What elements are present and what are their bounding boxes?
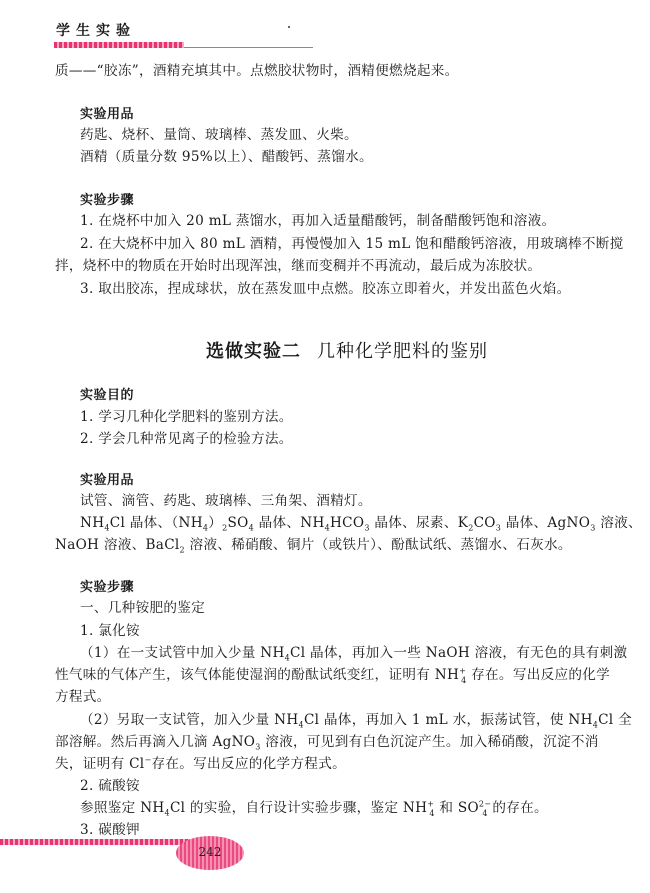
item-heading: 1. 氯化铵 [80, 622, 140, 640]
text: HCO [330, 515, 364, 531]
step-line: 3. 取出胶冻，捏成球状，放在蒸发皿中点燃。胶冻立即着火，并发出蓝色火焰。 [80, 280, 571, 298]
text: CO [474, 515, 496, 531]
superscript: + [459, 666, 466, 675]
text: ） [208, 515, 222, 531]
page-number: 242 [176, 836, 244, 870]
steps-heading-prev: 实验步骤 [80, 192, 134, 210]
materials-line: 酒精（质量分数 95%以上）、醋酸钙、蒸馏水。 [80, 148, 373, 166]
purpose-line: 2. 学会几种常见离子的检验方法。 [80, 430, 293, 448]
steps-heading: 实验步骤 [80, 579, 134, 597]
text: 的存在。 [488, 800, 548, 816]
text: NH [80, 515, 104, 531]
materials-line: 试管、滴管、药匙、玻璃棒、三角架、酒精灯。 [80, 492, 372, 510]
materials-line-chemicals-cont: NaOH 溶液、BaCl2 溶液、稀硝酸、铜片（或铁片）、酚酞试纸、蒸馏水、石灰… [55, 536, 572, 554]
materials-heading: 实验用品 [80, 472, 134, 490]
header-rule [184, 47, 313, 48]
text: 存在。写出反应的化学 [467, 667, 611, 683]
header-stripe [54, 42, 184, 48]
text: 性气味的气体产生，该气体能使湿润的酚酞试纸变红，证明有 NH [55, 667, 459, 683]
item-heading: 2. 硫酸铵 [80, 777, 140, 795]
section-title-name: 几种化学肥料的鉴别 [317, 341, 488, 362]
text: 溶液，可见到有白色沉淀产生。加入稀硝酸，沉淀不消 [261, 734, 599, 750]
text: Cl 晶体，再加入一些 NaOH 溶液，有无色的具有刺激 [290, 645, 627, 661]
text: NaOH 溶液、BaCl [55, 537, 180, 553]
text: 晶体、AgNO [501, 515, 590, 531]
continuation-text: 质——“胶冻”，酒精充填其中。点燃胶状物时，酒精便燃烧起来。 [55, 62, 459, 80]
text: 存在。写出反应的化学方程式。 [151, 756, 346, 772]
purpose-heading: 实验目的 [80, 387, 134, 405]
materials-heading-prev: 实验用品 [80, 106, 134, 124]
purpose-line: 1. 学习几种化学肥料的鉴别方法。 [80, 408, 293, 426]
text: 晶体、尿素、K [370, 515, 468, 531]
step-line: （1）在一支试管中加入少量 NH4Cl 晶体，再加入一些 NaOH 溶液，有无色… [80, 644, 627, 662]
text: 失，证明有 Cl [55, 756, 144, 772]
step-line: 参照鉴定 NH4Cl 的实验，自行设计实验步骤，鉴定 NH+4 和 SO2−4 … [80, 799, 548, 817]
step-line: 部溶解。然后再滴入几滴 AgNO3 溶液，可见到有白色沉淀产生。加入稀硝酸，沉淀… [55, 733, 599, 751]
text: 溶液、稀硝酸、铜片（或铁片）、酚酞试纸、蒸馏水、石灰水。 [185, 537, 572, 553]
item-heading: 3. 碳酸钾 [80, 821, 140, 839]
text: Cl 晶体，再加入 1 mL 水，振荡试管，使 NH [304, 712, 593, 728]
decorative-dot [288, 26, 290, 28]
step-line: 拌，烧杯中的物质在开始时出现浑浊，继而变稠并不再流动，最后成为冻胶状。 [55, 257, 541, 275]
section-title: 选做实验二几种化学肥料的鉴别 [206, 341, 488, 363]
text: Cl 全 [598, 712, 632, 728]
footer-stripe [0, 839, 190, 845]
step-line: 1. 在烧杯中加入 20 mL 蒸馏水，再加入适量醋酸钙，制备醋酸钙饱和溶液。 [80, 212, 555, 230]
step-line: 性气味的气体产生，该气体能使湿润的酚酞试纸变红，证明有 NH+4 存在。写出反应… [55, 666, 610, 684]
text: 溶液、 [596, 515, 642, 531]
text: 部溶解。然后再滴入几滴 AgNO [55, 734, 255, 750]
part-heading: 一、几种铵肥的鉴定 [80, 599, 205, 617]
step-line: 方程式。 [55, 688, 111, 706]
page-number-badge: 242 [176, 836, 244, 870]
section-title-number: 选做实验二 [206, 341, 301, 362]
step-line: 2. 在大烧杯中加入 80 mL 酒精，再慢慢加入 15 mL 饱和醋酸钙溶液，… [80, 235, 624, 253]
superscript: + [427, 799, 434, 808]
step-line: 失，证明有 Cl−存在。写出反应的化学方程式。 [55, 755, 346, 773]
text: 晶体、NH [254, 515, 325, 531]
text: （2）另取一支试管，加入少量 NH [80, 712, 299, 728]
text: 参照鉴定 NH [80, 800, 165, 816]
text: Cl 晶体、（NH [110, 515, 203, 531]
materials-line-chemicals: NH4Cl 晶体、（NH4）2SO4 晶体、NH4HCO3 晶体、尿素、K2CO… [80, 514, 642, 532]
text: Cl 的实验，自行设计实验步骤，鉴定 NH [170, 800, 427, 816]
text: （1）在一支试管中加入少量 NH [80, 645, 285, 661]
materials-line: 药匙、烧杯、量筒、玻璃棒、蒸发皿、火柴。 [80, 126, 358, 144]
running-head: 学生实验 [56, 20, 136, 40]
step-line: （2）另取一支试管，加入少量 NH4Cl 晶体，再加入 1 mL 水，振荡试管，… [80, 711, 632, 729]
text: SO [228, 515, 249, 531]
text: 和 SO [435, 800, 479, 816]
